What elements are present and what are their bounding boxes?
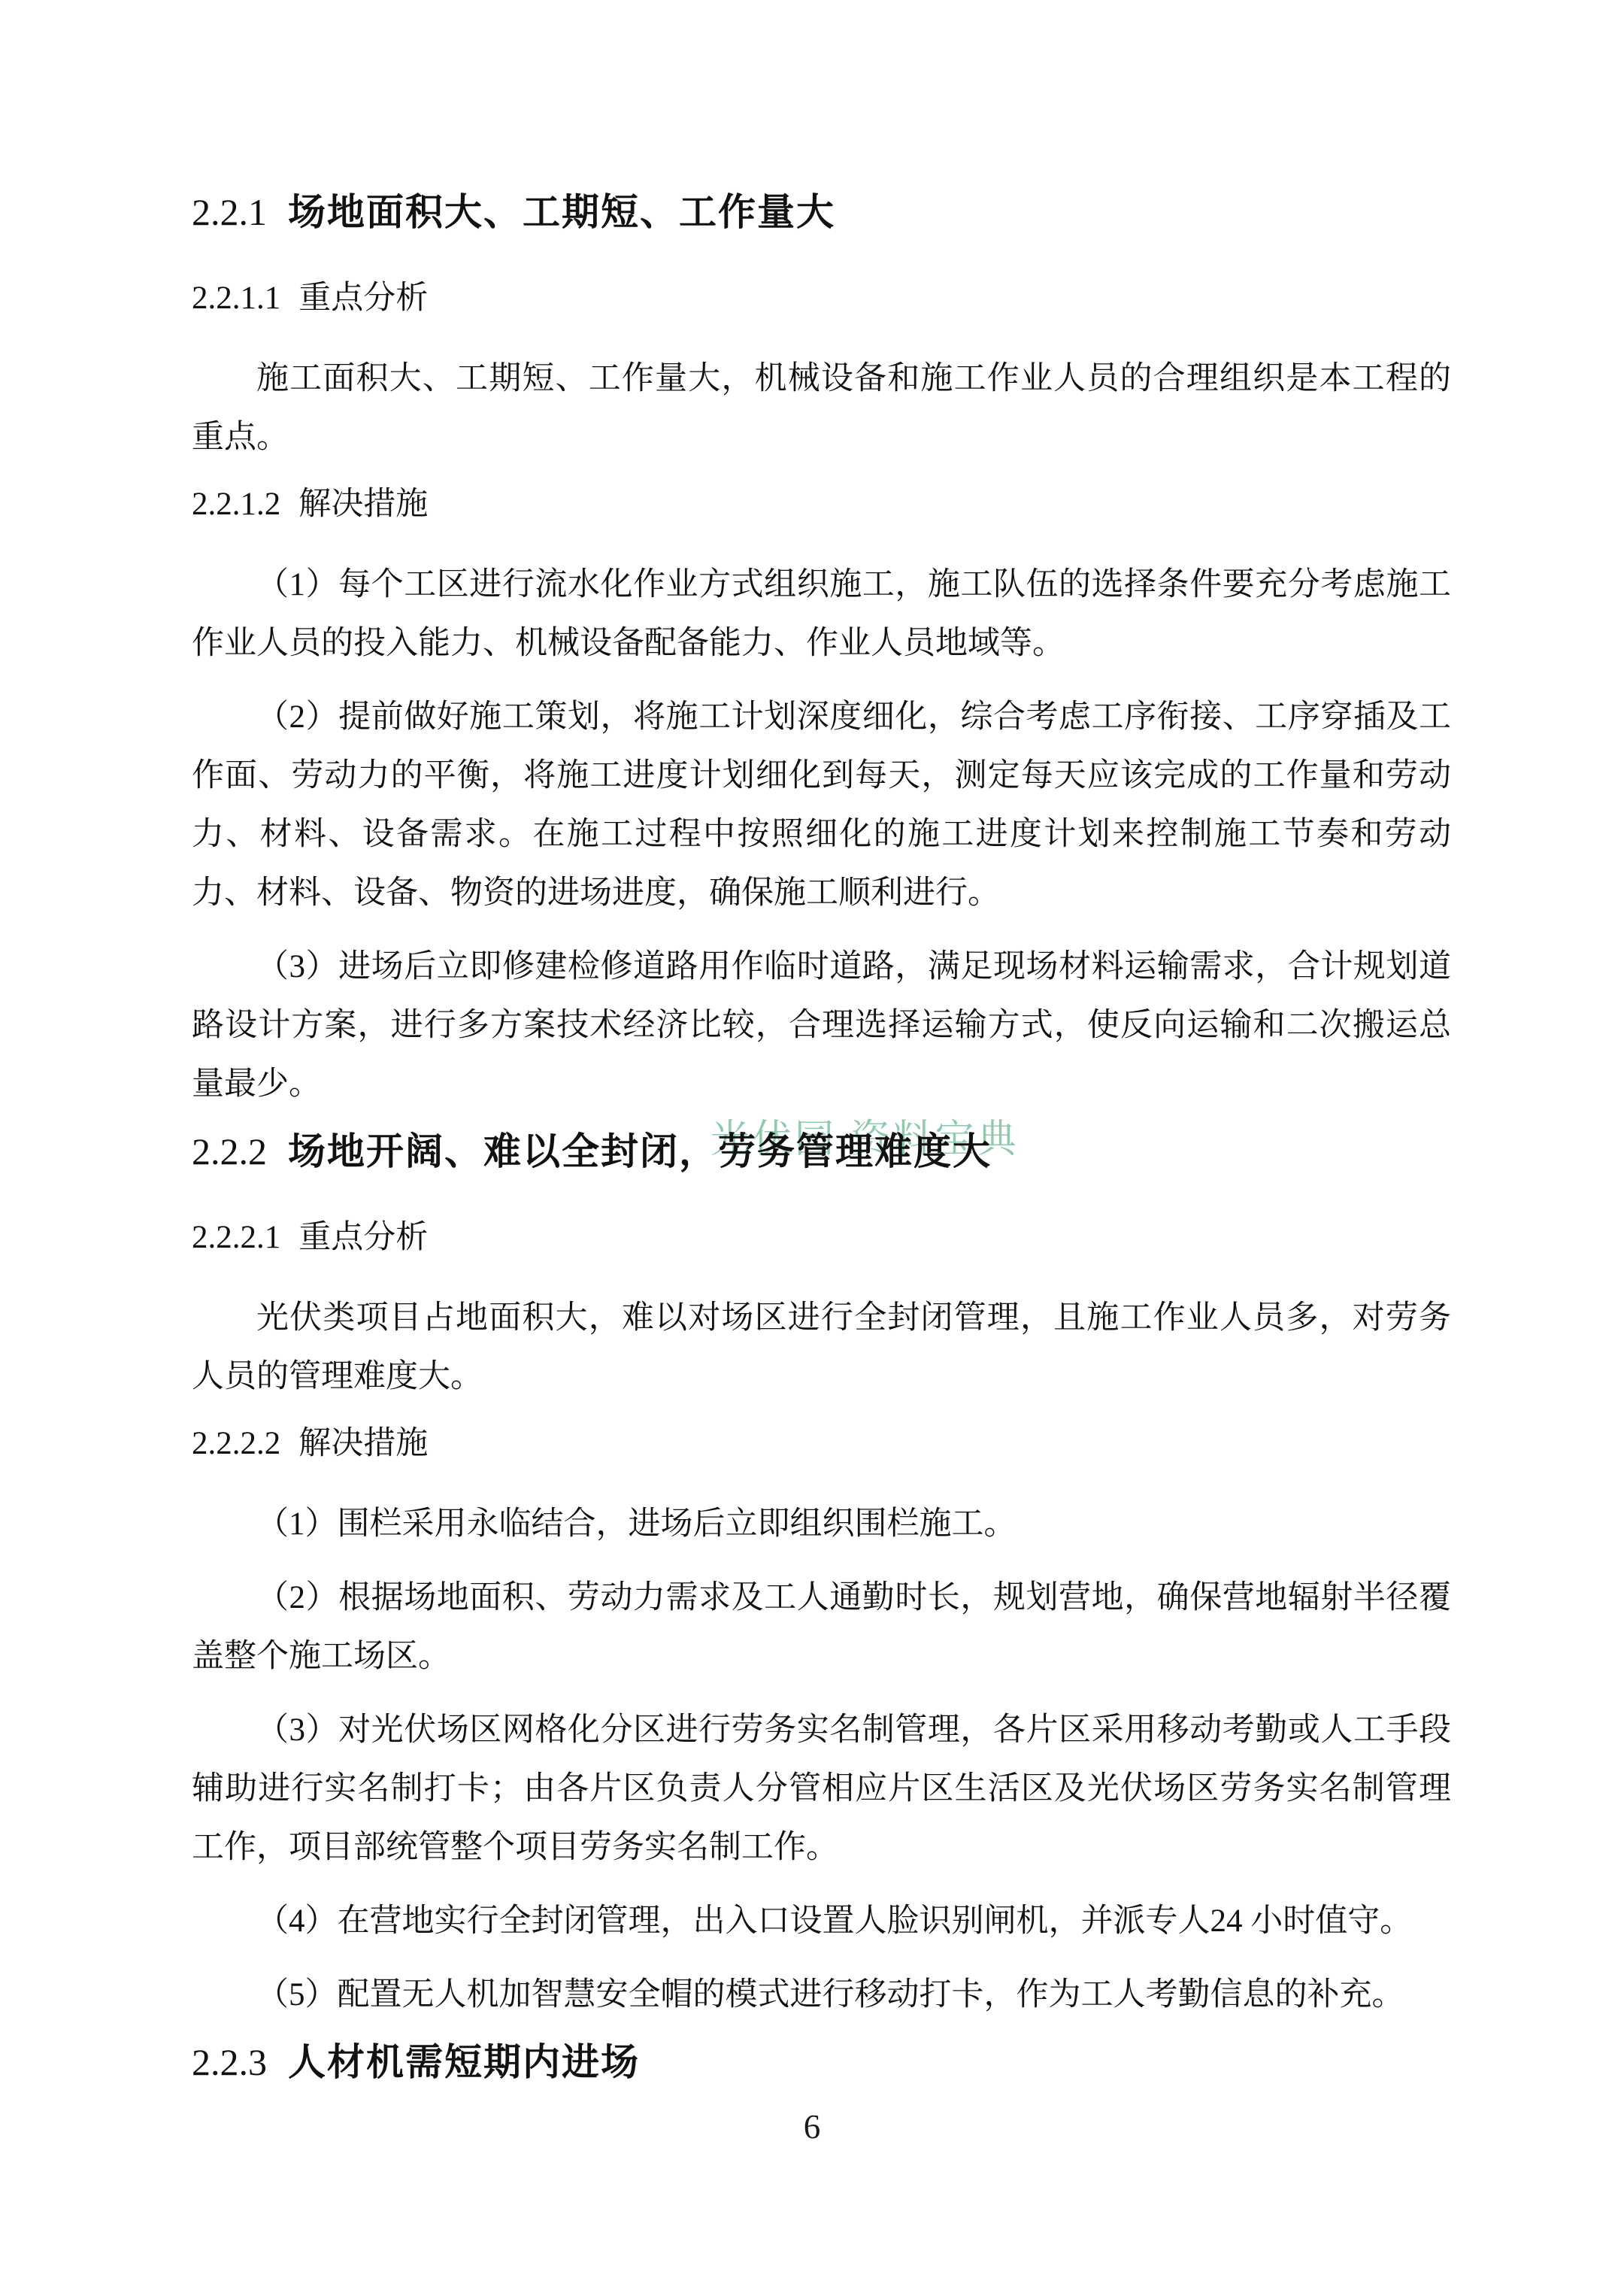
document-page: 2.2.1场地面积大、工期短、工作量大 2.2.1.1重点分析 施工面积大、工期… xyxy=(0,0,1624,2293)
subsection-number: 2.2.2.2 xyxy=(192,1426,280,1461)
section-number: 2.2.1 xyxy=(192,191,267,233)
section-number: 2.2.3 xyxy=(192,2041,267,2083)
paragraph: （5）配置无人机加智慧安全帽的模式进行移动打卡，作为工人考勤信息的补充。 xyxy=(192,1966,1451,2025)
paragraph: （1）每个工区进行流水化作业方式组织施工，施工队伍的选择条件要充分考虑施工作业人… xyxy=(192,556,1451,673)
paragraph: 施工面积大、工期短、工作量大，机械设备和施工作业人员的合理组织是本工程的重点。 xyxy=(192,350,1451,467)
subsection-number: 2.2.2.1 xyxy=(192,1220,280,1255)
paragraph: （4）在营地实行全封闭管理，出入口设置人脸识别闸机，并派专人24 小时值守。 xyxy=(192,1892,1451,1951)
subsection-heading-2-2-1-1: 2.2.1.1重点分析 xyxy=(192,276,1451,321)
section-heading-2-2-3: 2.2.3人材机需短期内进场 xyxy=(192,2040,1451,2085)
subsection-title: 解决措施 xyxy=(298,487,428,522)
paragraph: （3）进场后立即修建检修道路用作临时道路，满足现场材料运输需求，合计规划道路设计… xyxy=(192,938,1451,1114)
paragraph: （2）根据场地面积、劳动力需求及工人通勤时长，规划营地，确保营地辐射半径覆盖整个… xyxy=(192,1569,1451,1686)
subsection-title: 解决措施 xyxy=(298,1426,428,1461)
section-number: 2.2.2 xyxy=(192,1130,267,1172)
paragraph: （3）对光伏场区网格化分区进行劳务实名制管理，各片区采用移动考勤或人工手段辅助进… xyxy=(192,1701,1451,1877)
section-title: 场地面积大、工期短、工作量大 xyxy=(288,191,835,233)
subsection-title: 重点分析 xyxy=(298,1220,428,1255)
subsection-number: 2.2.1.2 xyxy=(192,487,280,522)
paragraph: （1）围栏采用永临结合，进场后立即组织围栏施工。 xyxy=(192,1495,1451,1554)
section-title: 场地开阔、难以全封闭，劳务管理难度大 xyxy=(288,1130,992,1172)
section-heading-2-2-2: 光伏园 资料宝典 2.2.2场地开阔、难以全封闭，劳务管理难度大 xyxy=(192,1129,1451,1174)
subsection-heading-2-2-1-2: 2.2.1.2解决措施 xyxy=(192,482,1451,527)
paragraph: 光伏类项目占地面积大，难以对场区进行全封闭管理，且施工作业人员多，对劳务人员的管… xyxy=(192,1289,1451,1406)
section-title: 人材机需短期内进场 xyxy=(288,2041,640,2083)
page-number: 6 xyxy=(0,2108,1624,2146)
subsection-heading-2-2-2-2: 2.2.2.2解决措施 xyxy=(192,1421,1451,1466)
subsection-heading-2-2-2-1: 2.2.2.1重点分析 xyxy=(192,1215,1451,1260)
section-heading-2-2-1: 2.2.1场地面积大、工期短、工作量大 xyxy=(192,190,1451,235)
subsection-title: 重点分析 xyxy=(298,281,428,316)
subsection-number: 2.2.1.1 xyxy=(192,281,280,316)
paragraph: （2）提前做好施工策划，将施工计划深度细化，综合考虑工序衔接、工序穿插及工作面、… xyxy=(192,688,1451,923)
